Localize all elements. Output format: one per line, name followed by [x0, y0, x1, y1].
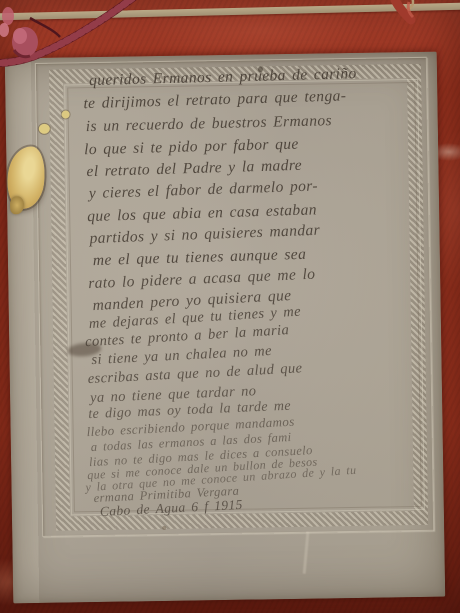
- fringe: [2, 7, 14, 25]
- letter-card: ermana Primitiba Vergara Cabo de Agua 6 …: [5, 52, 446, 604]
- letter-line: el retrato del Padre y la madre: [86, 157, 302, 181]
- letter-line: te dirijimos el retrato para que tenga-: [83, 87, 346, 113]
- fringe: [0, 23, 9, 37]
- cord-and-tassel: [0, 0, 150, 84]
- tassel-highlight: [13, 28, 27, 44]
- letter-line: is un recuerdo de buestros Ermanos: [86, 112, 333, 136]
- letter-line: y cieres el fabor de darmelo por-: [89, 178, 319, 204]
- letter-lines: ermana Primitiba Vergara Cabo de Agua 6 …: [5, 52, 446, 604]
- letter-line: partidos y si no quisieres mandar: [89, 222, 320, 248]
- ribbon-and-ring: [383, 0, 443, 30]
- album-cover: ermana Primitiba Vergara Cabo de Agua 6 …: [0, 0, 460, 613]
- letter-line: lo que si te pido por fabor que: [84, 136, 299, 160]
